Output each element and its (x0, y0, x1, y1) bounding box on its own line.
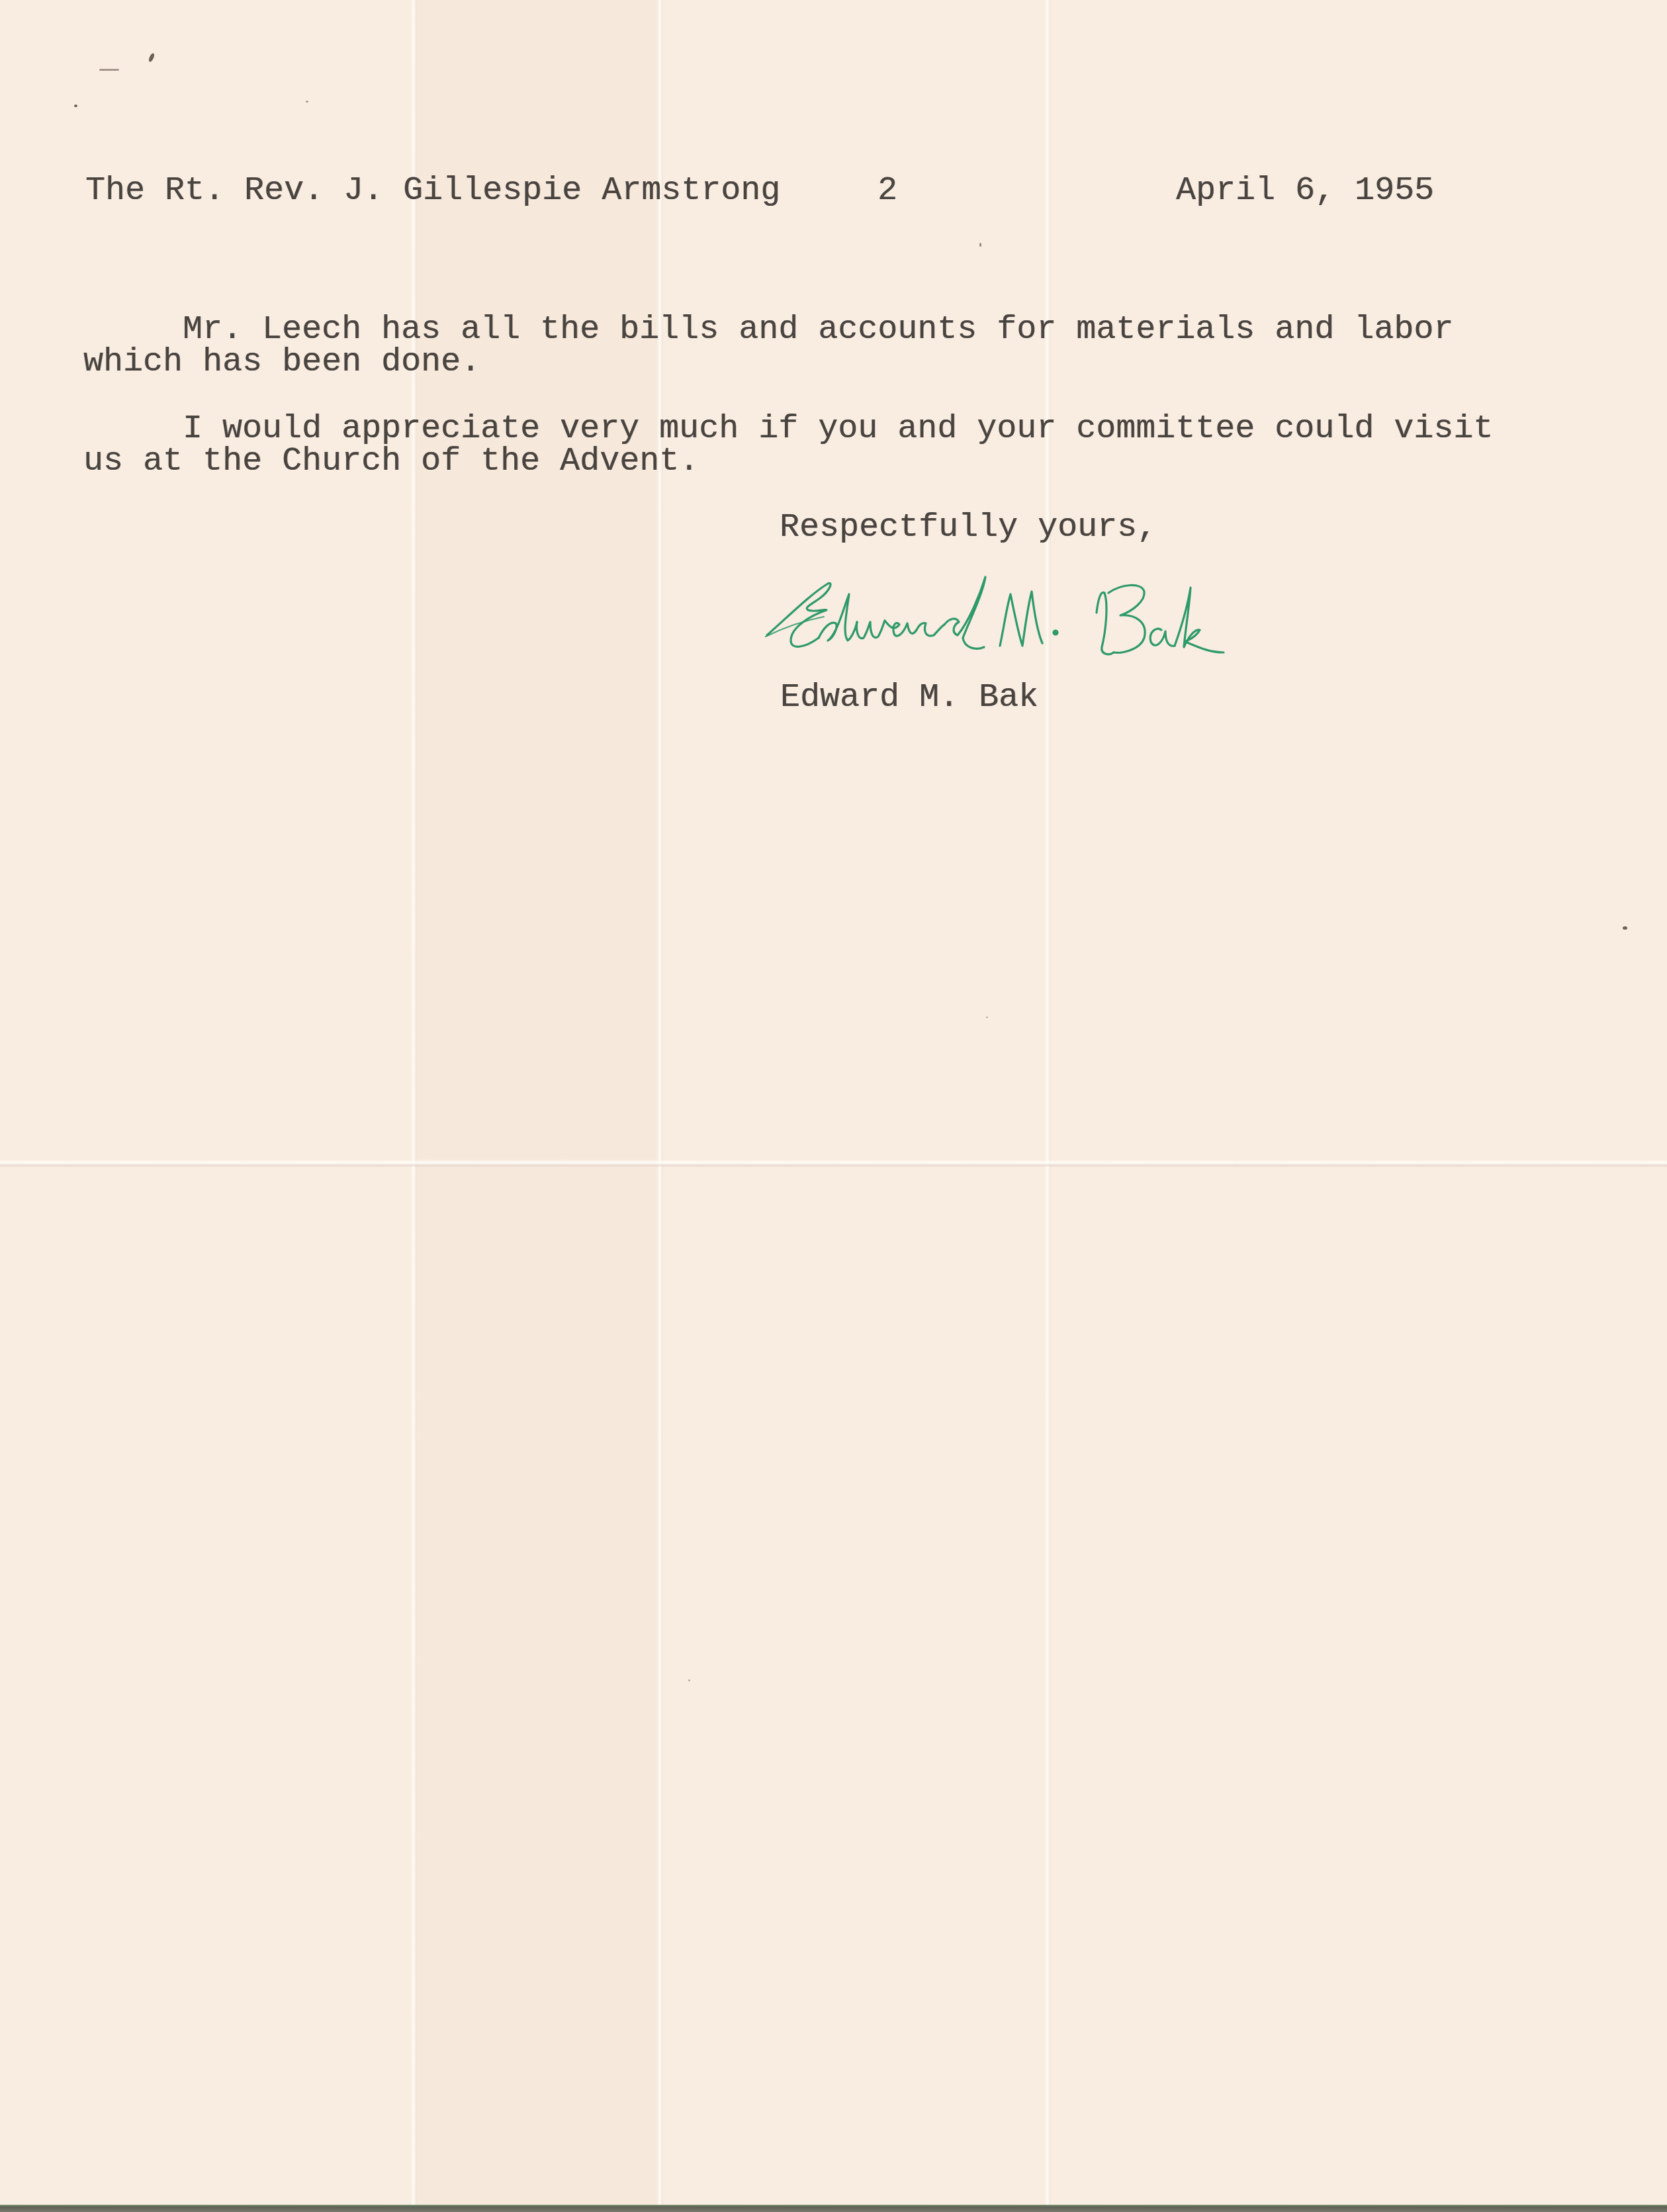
ink-speck (986, 1016, 988, 1018)
typed-signature-name: Edward M. Bak (780, 682, 1038, 715)
ink-speck (74, 105, 77, 107)
handwritten-signature (764, 574, 1228, 660)
ink-speck (148, 52, 155, 62)
recipient-header: The Rt. Rev. J. Gillespie Armstrong (85, 175, 780, 208)
body-paragraph-1-line-2: which has been done. (83, 346, 480, 379)
scanner-bottom-edge (0, 2205, 1667, 2212)
letter-date: April 6, 1955 (1176, 175, 1434, 208)
page-number: 2 (878, 175, 897, 208)
valediction: Respectfully yours, (780, 511, 1157, 545)
horizontal-fold-line (0, 1159, 1667, 1167)
ink-speck (979, 243, 981, 247)
letter-page: The Rt. Rev. J. Gillespie Armstrong 2 Ap… (0, 0, 1667, 2205)
body-paragraph-2-line-1: I would appreciate very much if you and … (183, 413, 1493, 446)
ink-speck (1623, 926, 1627, 930)
ink-speck (688, 1679, 690, 1681)
body-paragraph-2-line-2: us at the Church of the Advent. (83, 445, 699, 478)
ink-speck (99, 69, 119, 71)
ink-speck (306, 101, 308, 103)
body-paragraph-1-line-1: Mr. Leech has all the bills and accounts… (183, 314, 1453, 347)
